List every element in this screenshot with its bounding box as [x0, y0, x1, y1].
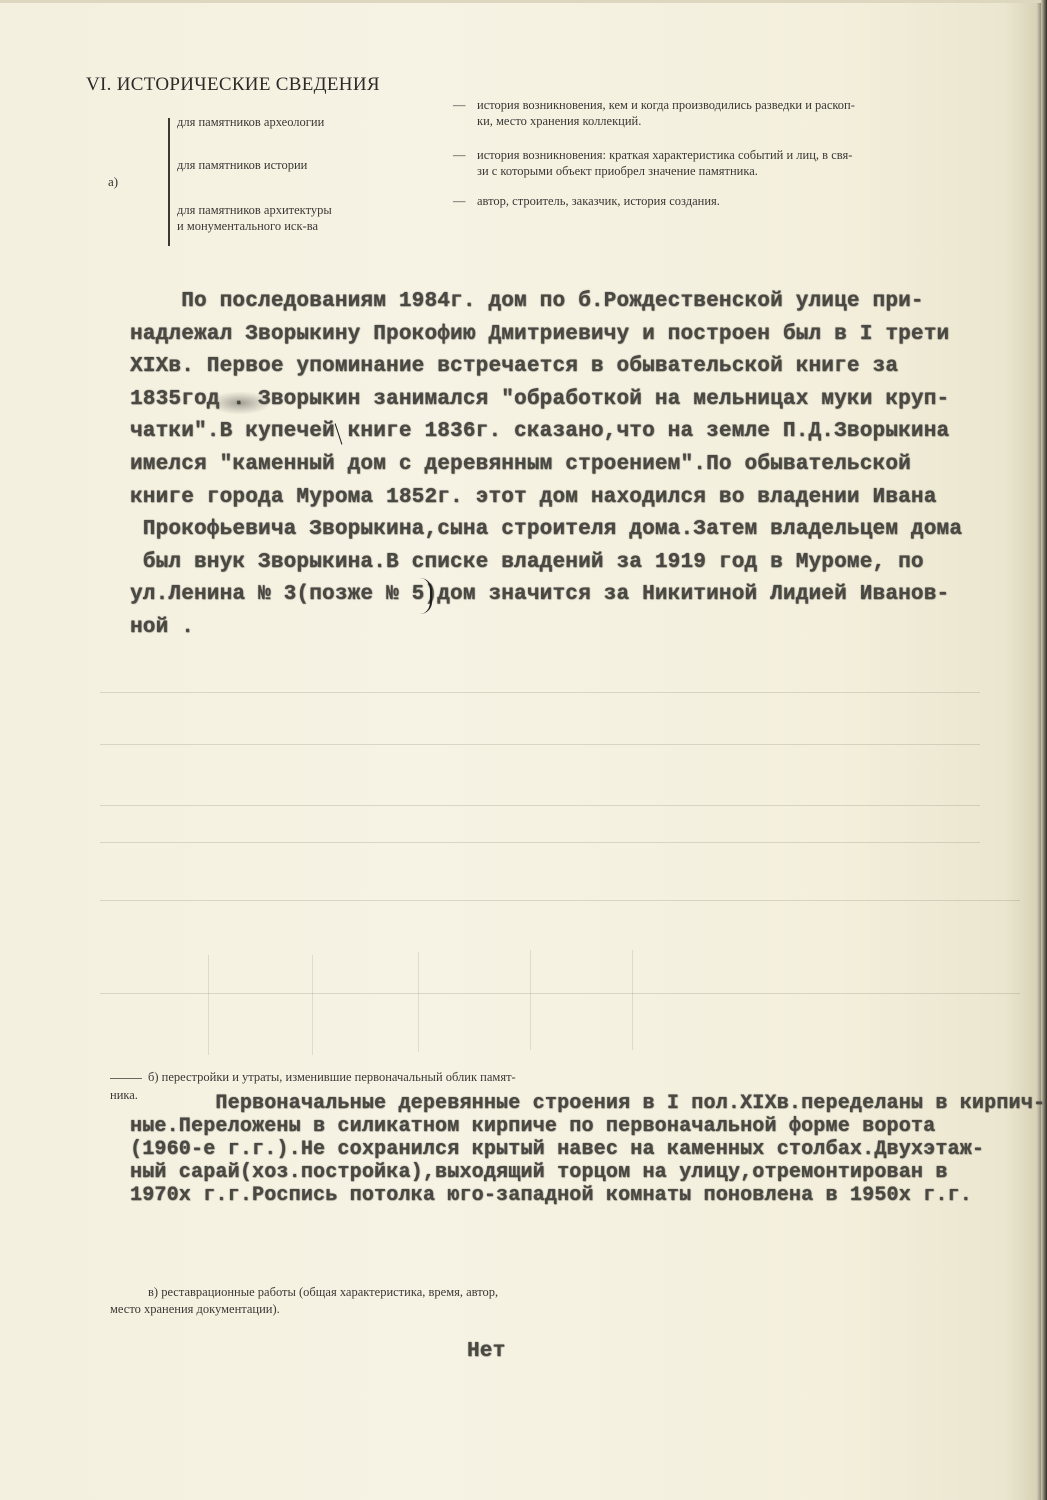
- description-line1: история возникновения: краткая характери…: [477, 148, 852, 162]
- typed-line: книге города Мурома 1852г. этот дом нахо…: [130, 482, 962, 515]
- historical-text-body: По последованиям 1984г. дом по б.Рождест…: [130, 286, 962, 645]
- category-history-label: для памятников истории: [177, 157, 437, 173]
- page-top-edge: [0, 0, 1047, 3]
- typed-line: По последованиям 1984г. дом по б.Рождест…: [130, 286, 962, 319]
- category-archaeology-description: —история возникновения, кем и когда прои…: [453, 97, 1023, 129]
- typed-line: Первоначальные деревянные строения в I п…: [130, 1092, 1045, 1115]
- alterations-label-line1: б) перестройки и утраты, изменившие перв…: [148, 1070, 516, 1084]
- alterations-text-body: Первоначальные деревянные строения в I п…: [130, 1092, 1045, 1207]
- show-through-line: [530, 950, 531, 1050]
- description-line1: автор, строитель, заказчик, история созд…: [477, 194, 720, 208]
- typed-line: ул.Ленина № 3(позже № 5)дом значится за …: [130, 579, 962, 612]
- category-architecture-label: для памятников архитектуры и монументаль…: [177, 202, 437, 234]
- typed-line: Прокофьевича Зворыкина,сына строителя до…: [130, 514, 962, 547]
- category-architecture-description: —автор, строитель, заказчик, история соз…: [453, 193, 1023, 209]
- dash: —: [453, 147, 477, 163]
- restoration-label-line2: место хранения документации).: [110, 1301, 280, 1318]
- show-through-line: [632, 950, 633, 1050]
- show-through-line: [100, 842, 980, 843]
- show-through-line: [208, 955, 209, 1055]
- item-a-label: а): [108, 174, 118, 190]
- typed-line: (1960-е г.г.).Не сохранился крытый навес…: [130, 1138, 1045, 1161]
- leader-line: [110, 1078, 142, 1079]
- restoration-label-line1: в) реставрационные работы (общая характе…: [148, 1285, 498, 1299]
- show-through-line: [100, 805, 980, 806]
- restoration-label: в) реставрационные работы (общая характе…: [110, 1284, 690, 1318]
- show-through-line: [418, 952, 419, 1052]
- category-bracket: [168, 118, 170, 246]
- typed-line: 1970х г.г.Роспись потолка юго-западной к…: [130, 1184, 1045, 1207]
- description-line2: ки, место хранения коллекций.: [453, 113, 1023, 129]
- typed-line: чатки".В купечей книге 1836г. сказано,чт…: [130, 416, 962, 449]
- description-line2: зи с которыми объект приобрел значение п…: [453, 163, 1023, 179]
- dash: —: [453, 193, 477, 209]
- description-line1: история возникновения, кем и когда произ…: [477, 98, 855, 112]
- category-architecture-label-line1: для памятников архитектуры: [177, 203, 332, 217]
- dash: —: [453, 97, 477, 113]
- show-through-line: [312, 955, 313, 1055]
- typed-line: ный сарай(хоз.постройка),выходящий торцо…: [130, 1161, 1045, 1184]
- typed-line: ные.Переложены в силикатном кирпиче по п…: [130, 1115, 1045, 1138]
- show-through-line: [100, 900, 1020, 901]
- show-through-line: [100, 744, 980, 745]
- show-through-line: [100, 692, 980, 693]
- ink-smudge: [210, 392, 270, 414]
- restoration-value: Нет: [467, 1340, 505, 1363]
- category-archaeology-label: для памятников археологии: [177, 114, 437, 130]
- typed-line: имелся "каменный дом с деревянным строен…: [130, 449, 962, 482]
- typed-line: надлежал Зворыкину Прокофию Дмитриевичу …: [130, 319, 962, 352]
- typed-line: ной .: [130, 612, 962, 645]
- section-title: VI. ИСТОРИЧЕСКИЕ СВЕДЕНИЯ: [86, 74, 380, 96]
- typed-line: был внук Зворыкина.В списке владений за …: [130, 547, 962, 580]
- show-through-line: [100, 993, 1020, 994]
- document-page: VI. ИСТОРИЧЕСКИЕ СВЕДЕНИЯ а) для памятни…: [0, 0, 1047, 1500]
- category-history-description: —история возникновения: краткая характер…: [453, 147, 1023, 179]
- typed-line: XIXв. Первое упоминание встречается в об…: [130, 351, 962, 384]
- category-architecture-label-line2: и монументального иск-ва: [177, 219, 318, 233]
- page-right-edge: [1041, 0, 1047, 1500]
